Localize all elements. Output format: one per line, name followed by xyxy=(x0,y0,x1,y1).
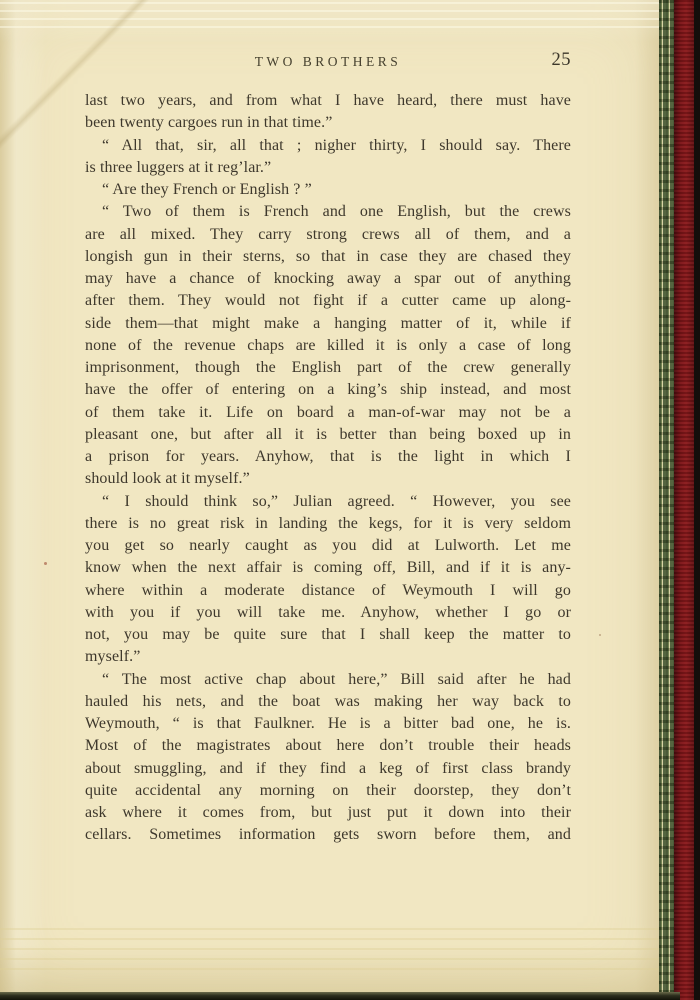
text-line: are all mixed. They carry strong crews a… xyxy=(85,224,571,246)
text-line: with you if you will take me. Anyhow, wh… xyxy=(85,602,571,624)
text-line: pleasant one, but after all it is better… xyxy=(85,424,571,446)
text-line: “ All that, sir, all that ; nigher thirt… xyxy=(85,135,571,157)
text-line: you get so nearly caught as you did at L… xyxy=(85,535,571,557)
paragraph: last two years, and from what I have hea… xyxy=(85,90,571,135)
text-line: side them—that might make a hanging matt… xyxy=(85,313,571,335)
text-line: “ Two of them is French and one English,… xyxy=(85,201,571,223)
text-line: quite accidental any morning on their do… xyxy=(85,780,571,802)
paragraph: “ All that, sir, all that ; nigher thirt… xyxy=(85,135,571,180)
text-line: none of the revenue chaps are killed it … xyxy=(85,335,571,357)
text-line: longish gun in their sterns, so that in … xyxy=(85,246,571,268)
page-number: 25 xyxy=(552,50,572,71)
text-line: Most of the magistrates about here don’t… xyxy=(85,735,571,757)
text-line: “ The most active chap about here,” Bill… xyxy=(85,669,571,691)
text-line: hauled his nets, and the boat was making… xyxy=(85,691,571,713)
text-line: of them take it. Life on board a man-of-… xyxy=(85,402,571,424)
paragraph: “ Are they French or English ? ” xyxy=(85,179,571,201)
text-line: after them. They would not fight if a cu… xyxy=(85,290,571,312)
page-top-curl-texture xyxy=(0,2,661,34)
text-line: should look at it myself.” xyxy=(85,468,571,490)
page-bottom-curl-texture xyxy=(0,928,661,972)
text-line: ask where it comes from, but just put it… xyxy=(85,802,571,824)
text-line: may have a chance of knocking away a spa… xyxy=(85,268,571,290)
book-page: TWO BROTHERS 25 last two years, and from… xyxy=(0,0,661,1000)
text-line: last two years, and from what I have hea… xyxy=(85,90,571,112)
running-title: TWO BROTHERS xyxy=(85,54,571,70)
book-edge-shadow xyxy=(694,0,700,1000)
text-line: “ Are they French or English ? ” xyxy=(85,179,571,201)
book-cover-red-cloth xyxy=(674,0,696,1000)
paragraph: “ Two of them is French and one English,… xyxy=(85,201,571,490)
text-line: is three luggers at it reg’lar.” xyxy=(85,157,571,179)
text-line: Weymouth, “ is that Faulkner. He is a bi… xyxy=(85,713,571,735)
text-line: there is no great risk in landing the ke… xyxy=(85,513,571,535)
text-line: not, you may be quite sure that I shall … xyxy=(85,624,571,646)
text-line: been twenty cargoes run in that time.” xyxy=(85,112,571,134)
running-head: TWO BROTHERS 25 xyxy=(85,54,571,76)
text-line: have the offer of entering on a king’s s… xyxy=(85,379,571,401)
text-line: imprisonment, though the English part of… xyxy=(85,357,571,379)
paragraph: “ I should think so,” Julian agreed. “ H… xyxy=(85,491,571,669)
text-line: where within a moderate distance of Weym… xyxy=(85,580,571,602)
book-page-scan: TWO BROTHERS 25 last two years, and from… xyxy=(0,0,700,1000)
page-speck xyxy=(44,562,47,565)
text-line: know when the next affair is coming off,… xyxy=(85,557,571,579)
page-speck xyxy=(599,634,601,636)
text-line: cellars. Sometimes information gets swor… xyxy=(85,824,571,846)
text-line: myself.” xyxy=(85,646,571,668)
paragraph: “ The most active chap about here,” Bill… xyxy=(85,669,571,847)
page-bottom-edge xyxy=(0,992,680,1000)
text-block: last two years, and from what I have hea… xyxy=(85,90,571,847)
text-line: “ I should think so,” Julian agreed. “ H… xyxy=(85,491,571,513)
text-line: a prison for years. Anyhow, that is the … xyxy=(85,446,571,468)
text-line: about smuggling, and if they find a keg … xyxy=(85,758,571,780)
